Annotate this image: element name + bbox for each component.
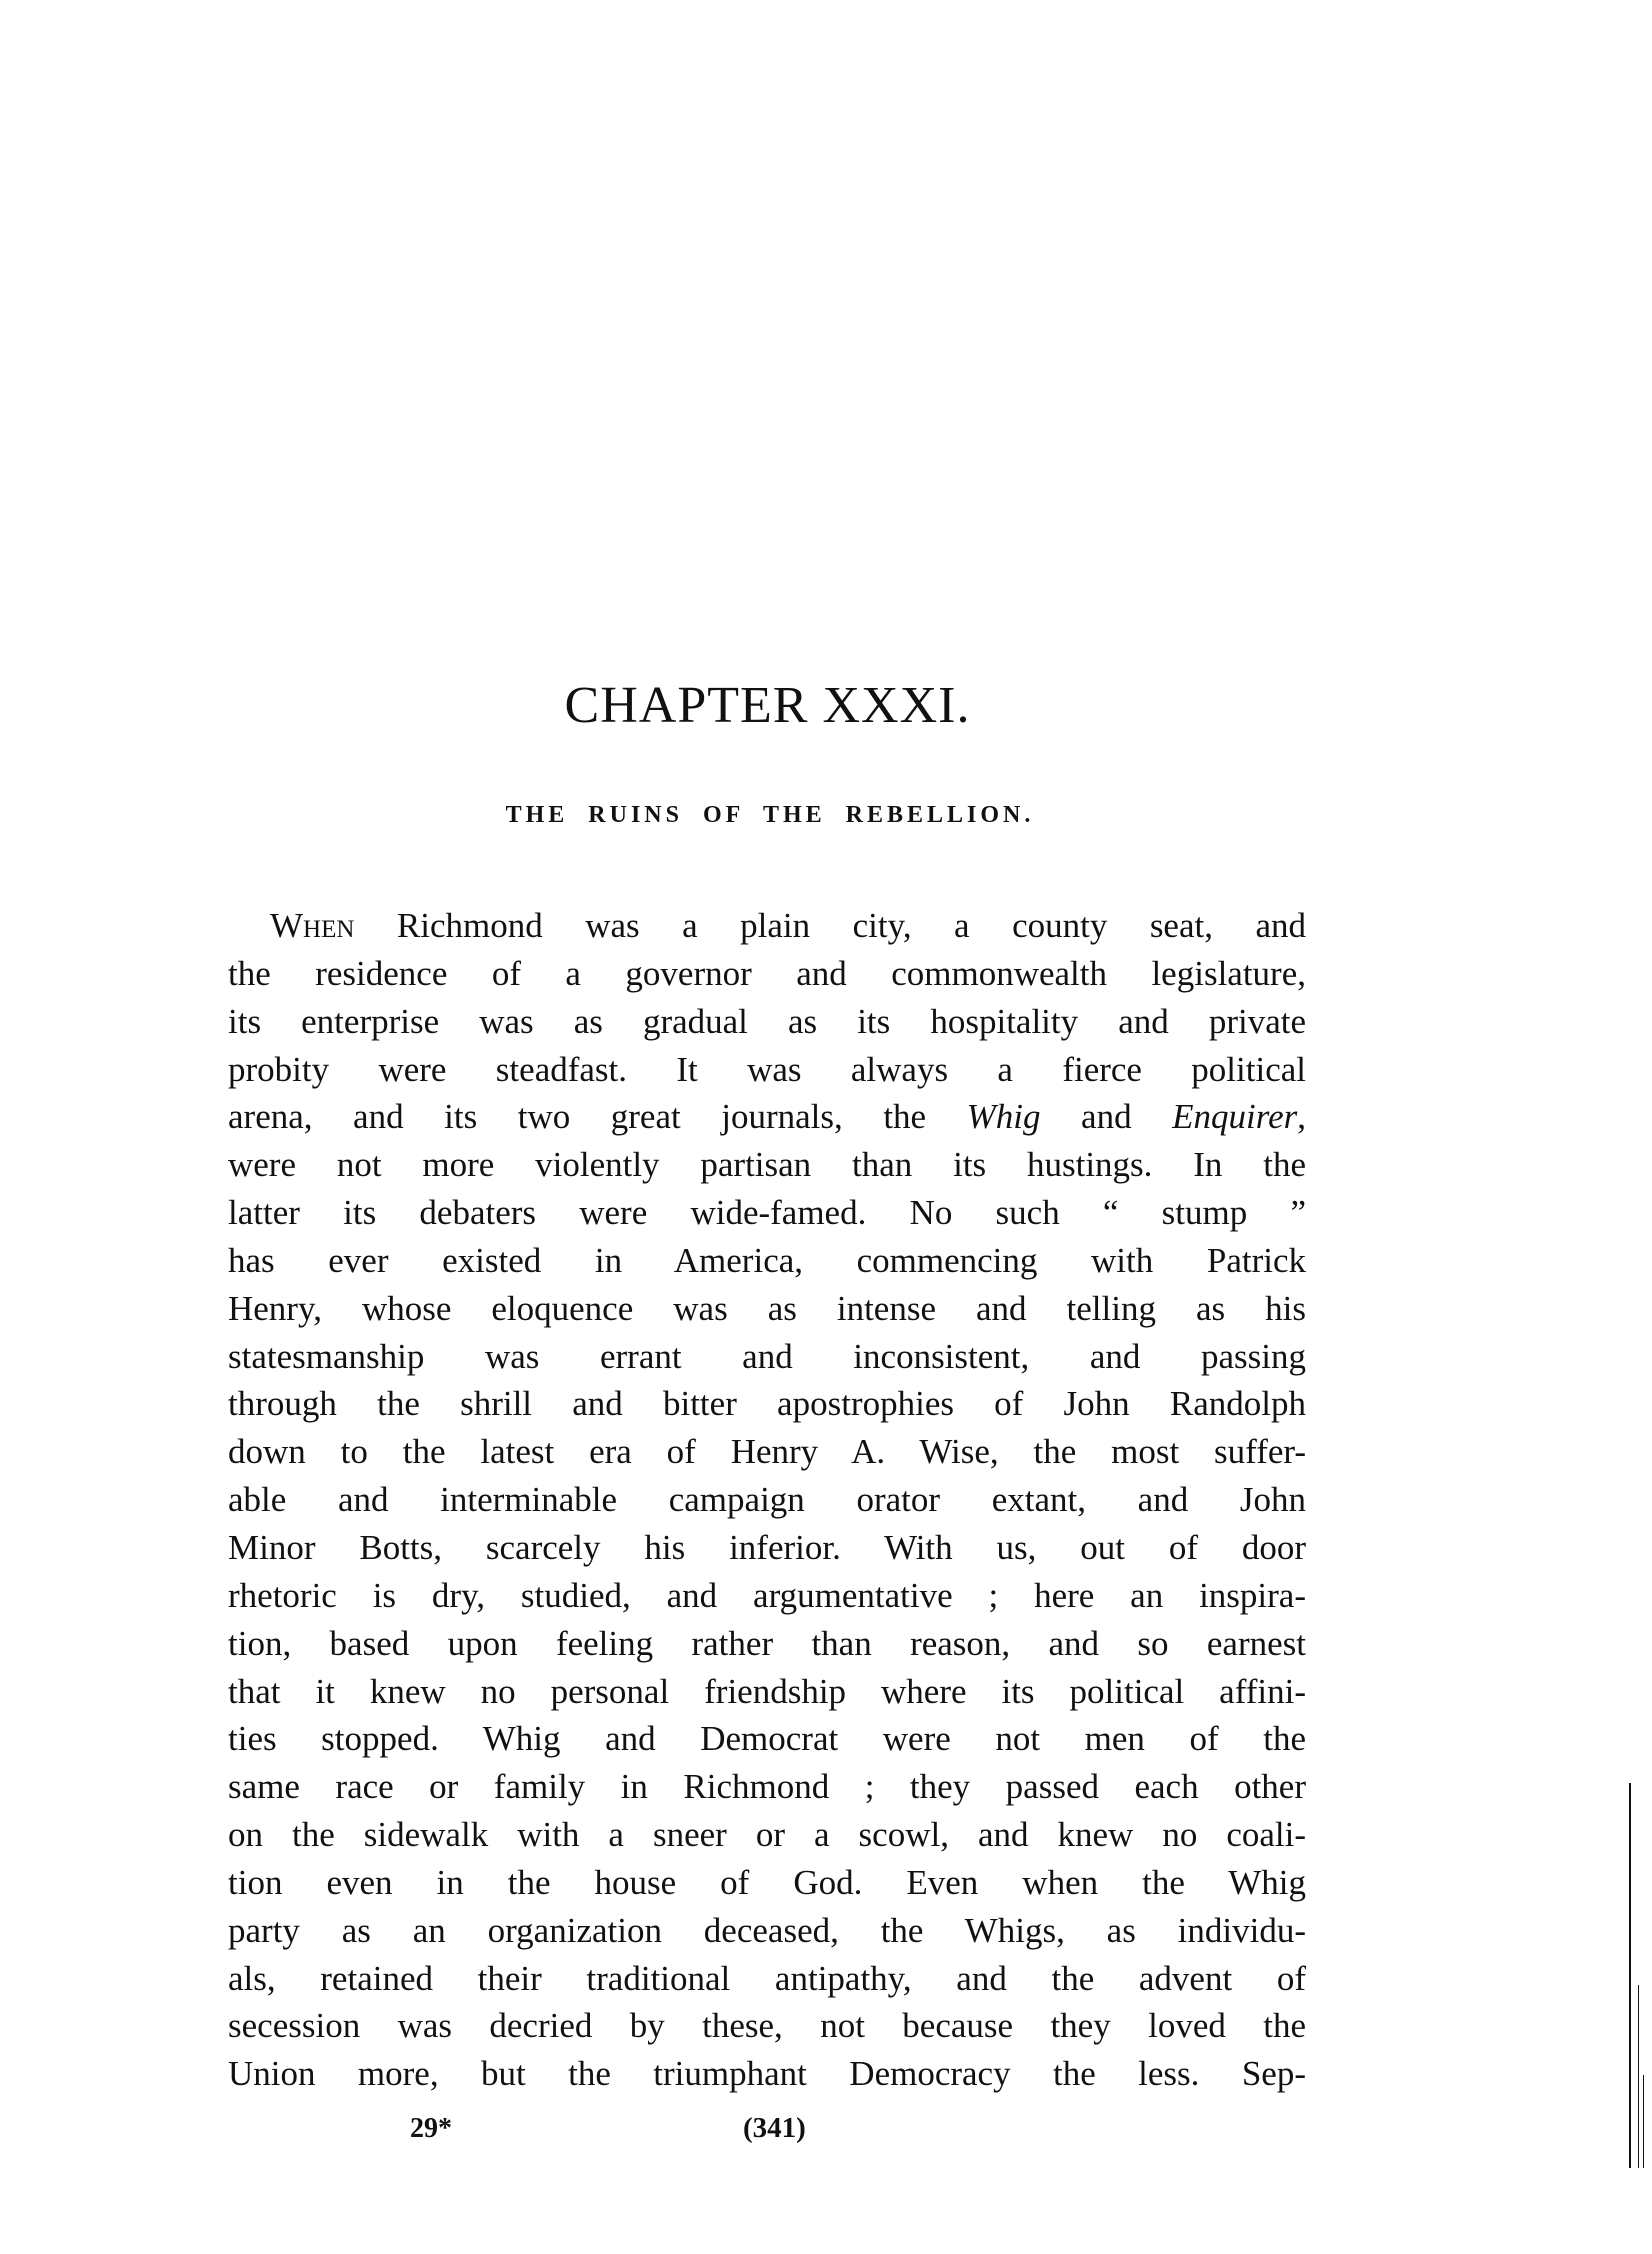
text-line: tion, based upon feeling rather than rea… (228, 1620, 1306, 1668)
text-line: on the sidewalk with a sneer or a scowl,… (228, 1811, 1306, 1859)
newspaper-title-whig: Whig (967, 1097, 1041, 1136)
chapter-subtitle: THE RUINS OF THE REBELLION. (0, 800, 1540, 830)
chapter-title: CHAPTER XXXI. (0, 676, 1535, 736)
text-line: statesmanship was errant and inconsisten… (228, 1333, 1306, 1381)
text-line: Minor Botts, scarcely his inferior. With… (228, 1524, 1306, 1572)
text-line: that it knew no personal friendship wher… (228, 1668, 1306, 1716)
text-line: party as an organization deceased, the W… (228, 1907, 1306, 1955)
page-number: (341) (743, 2113, 806, 2143)
text-line: ties stopped. Whig and Democrat were not… (228, 1715, 1306, 1763)
text-line: latter its debaters were wide-famed. No … (228, 1189, 1306, 1237)
text-line: arena, and its two great journals, the W… (228, 1093, 1306, 1141)
text-line: When Richmond was a plain city, a county… (228, 902, 1306, 950)
text-line: probity were steadfast. It was always a … (228, 1046, 1306, 1094)
text-line: its enterprise was as gradual as its hos… (228, 998, 1306, 1046)
scan-edge-line (1638, 1985, 1639, 2168)
text-line: has ever existed in America, commencing … (228, 1237, 1306, 1285)
text-line: als, retained their traditional antipath… (228, 1955, 1306, 2003)
signature-mark: 29* (410, 2114, 452, 2144)
text-line: Henry, whose eloquence was as intense an… (228, 1285, 1306, 1333)
scan-edge-line (1643, 2075, 1644, 2168)
text-line: able and interminable campaign orator ex… (228, 1476, 1306, 1524)
text-line: down to the latest era of Henry A. Wise,… (228, 1428, 1306, 1476)
text-line: through the shrill and bitter apostrophi… (228, 1380, 1306, 1428)
text-line: the residence of a governor and commonwe… (228, 950, 1306, 998)
text-line: rhetoric is dry, studied, and argumentat… (228, 1572, 1306, 1620)
text-line: were not more violently partisan than it… (228, 1141, 1306, 1189)
text-line: same race or family in Richmond ; they p… (228, 1763, 1306, 1811)
drop-word: When (270, 906, 354, 945)
text-line: secession was decried by these, not beca… (228, 2002, 1306, 2050)
newspaper-title-enquirer: Enquirer (1172, 1097, 1297, 1136)
scan-edge-line (1629, 1783, 1631, 2168)
text-line: tion even in the house of God. Even when… (228, 1859, 1306, 1907)
text-line: Union more, but the triumphant Democracy… (228, 2050, 1306, 2098)
body-paragraph: When Richmond was a plain city, a county… (228, 902, 1306, 2098)
